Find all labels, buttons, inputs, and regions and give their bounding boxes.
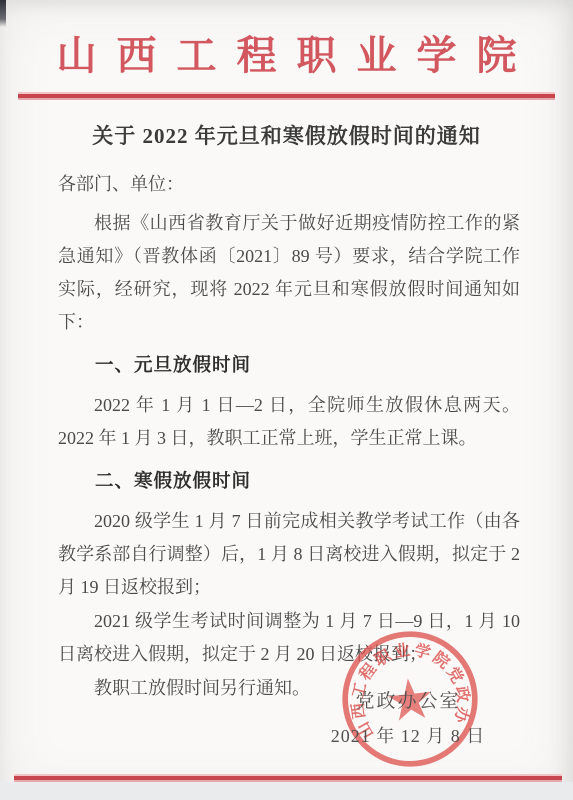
issuing-office: 党政办公室: [322, 686, 494, 713]
salutation: 各部门、单位：: [58, 168, 520, 201]
masthead-divider-rule: [18, 92, 555, 100]
scanned-notice-document: 山西工程职业学院 关于 2022 年元旦和寒假放假时间的通知 各部门、单位： 根…: [0, 0, 573, 800]
notice-title: 关于 2022 年元旦和寒假放假时间的通知: [0, 120, 573, 150]
section-1-heading: 一、元旦放假时间: [58, 348, 520, 381]
school-name: 山西工程职业学院: [0, 24, 573, 81]
section-1-paragraph: 2022 年 1 月 1 日—2 日，全院师生放假休息两天。2022 年 1 月…: [58, 389, 520, 455]
section-2-heading: 二、寒假放假时间: [58, 464, 520, 497]
page-edge-strip: [0, 782, 573, 800]
intro-paragraph: 根据《山西省教育厅关于做好近期疫情防控工作的紧急通知》（晋教体函〔2021〕89…: [58, 207, 520, 339]
signature-block: 党政办公室 2021 年 12 月 8 日: [322, 686, 494, 748]
footer-divider-rule: [14, 774, 562, 782]
section-2-paragraph-1: 2020 级学生 1 月 7 日前完成相关教学考试工作（由各教学系部自行调整）后…: [58, 505, 520, 604]
scan-artifact: [0, 0, 6, 27]
issue-date: 2021 年 12 月 8 日: [322, 722, 494, 748]
